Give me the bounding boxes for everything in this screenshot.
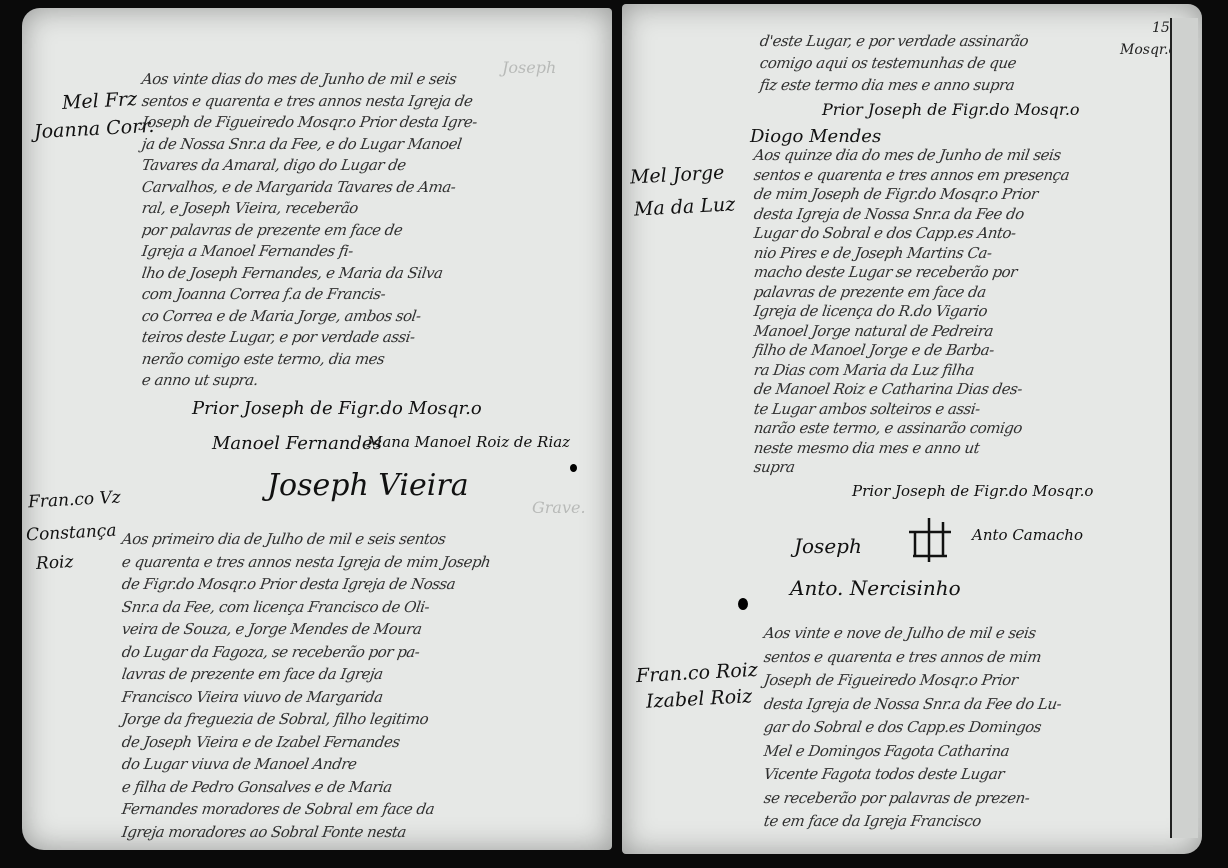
text-line: Aos primeiro dia de Julho de mil e seis …: [121, 530, 447, 548]
right-page: 15 Mosqr.o d'este Lugar, e por verdade a…: [622, 4, 1202, 854]
text-line: comigo aqui os testemunhas de que: [759, 54, 1018, 72]
text-line: te em face da Igreja Francisco: [763, 812, 982, 830]
text-line: Lugar do Sobral e dos Capp.es Anto-: [753, 224, 1017, 242]
text-line: Francisco Vieira viuvo de Margarida: [121, 688, 384, 706]
text-line: de Manoel Roiz e Catharina Dias des-: [753, 380, 1024, 398]
text-line: de Joseph Vieira e de Izabel Fernandes: [121, 733, 401, 751]
text-line: nerão comigo este termo, dia mes: [141, 350, 386, 368]
text-line: Carvalhos, e de Margarida Tavares de Ama…: [141, 178, 457, 196]
text-line: de mim Joseph de Figr.do Mosqr.o Prior: [753, 185, 1039, 203]
text-line: ra Dias com Maria da Luz filha: [753, 361, 975, 379]
margin-name: Fran.co Roiz: [636, 659, 759, 687]
margin-name: Izabel Roiz: [645, 685, 752, 713]
entry-heading: Anto. Nercisinho: [790, 576, 961, 600]
ink-blot: [738, 598, 748, 610]
text-line: desta Igreja de Nossa Snr.a da Fee do: [753, 205, 1025, 223]
text-line: co Correa e de Maria Jorge, ambos sol-: [141, 307, 422, 325]
text-line: Snr.a da Fee, com licença Francisco de O…: [121, 598, 431, 616]
signature: Manoel Fernandes: [212, 433, 382, 454]
signature: Joseph Vieira: [267, 468, 469, 503]
text-line: Joseph de Figueiredo Mosqr.o Prior desta…: [141, 113, 478, 131]
text-line: de Figr.do Mosqr.o Prior desta Igreja de…: [121, 575, 457, 593]
corner-note: Mosqr.o: [1120, 42, 1177, 58]
cross-mark-icon: [907, 516, 953, 564]
text-line: sentos e quarenta e tres annos de mim: [763, 648, 1043, 666]
text-line: Aos quinze dia do mes de Junho de mil se…: [753, 146, 1062, 164]
text-line: se receberão por palavras de prezen-: [763, 789, 1031, 807]
margin-name: Roiz: [36, 552, 74, 574]
text-line: lho de Joseph Fernandes, e Maria da Silv…: [141, 264, 444, 282]
signature: Prior Joseph de Figr.do Mosqr.o: [822, 100, 1080, 119]
signature: Diogo Mendes: [750, 126, 881, 147]
text-line: Igreja moradores ao Sobral Fonte nesta: [121, 823, 407, 841]
text-line: por palavras de prezente em face de: [141, 221, 404, 239]
margin-name: Joanna Corr.: [34, 115, 155, 143]
text-line: Aos vinte dias do mes de Junho de mil e …: [141, 70, 458, 88]
margin-name: Mel Jorge: [629, 162, 724, 189]
text-line: nio Pires e de Joseph Martins Ca-: [753, 244, 993, 262]
text-line: ja de Nossa Snr.a da Fee, e do Lugar Man…: [141, 135, 463, 153]
text-line: d'este Lugar, e por verdade assinarão: [759, 32, 1030, 50]
text-line: do Lugar viuva de Manoel Andre: [121, 755, 358, 773]
text-line: desta Igreja de Nossa Snr.a da Fee do Lu…: [763, 695, 1063, 713]
text-line: teiros deste Lugar, e por verdade assi-: [141, 328, 416, 346]
ink-blot: [570, 464, 577, 472]
text-line: com Joanna Correa f.a de Francis-: [141, 285, 387, 303]
text-line: veira de Souza, e Jorge Mendes de Moura: [121, 620, 423, 638]
bleed-through-text: Joseph: [502, 58, 556, 77]
text-line: Igreja de licença do R.do Vigario: [753, 302, 989, 320]
text-line: palavras de prezente em face da: [753, 283, 987, 301]
page-number: 15: [1152, 20, 1170, 36]
text-line: Vicente Fagota todos deste Lugar: [763, 765, 1006, 783]
text-line: ral, e Joseph Vieira, receberão: [141, 199, 359, 217]
margin-name: Mel Frz: [61, 88, 137, 114]
signature: Prior Joseph de Figr.do Mosqr.o: [192, 398, 482, 419]
signature: Prior Joseph de Figr.do Mosqr.o: [852, 482, 1093, 500]
margin-name: Constança: [26, 521, 117, 546]
text-line: supra: [753, 458, 796, 476]
text-line: Igreja a Manoel Fernandes fi-: [141, 242, 354, 260]
signature: Anto Camacho: [972, 526, 1083, 544]
margin-name: Ma da Luz: [633, 193, 735, 220]
left-page: Joseph Grave. Mel Frz Joanna Corr. Aos v…: [22, 8, 612, 850]
text-line: Fernandes moradores de Sobral em face da: [121, 800, 436, 818]
text-line: Jorge da freguezia de Sobral, filho legi…: [121, 710, 430, 728]
text-line: sentos e quarenta e tres annos nesta Igr…: [141, 92, 474, 110]
text-line: gar do Sobral e dos Capp.es Domingos: [763, 718, 1043, 736]
text-line: Tavares da Amaral, digo do Lugar de: [141, 156, 407, 174]
text-line: fiz este termo dia mes e anno supra: [759, 76, 1016, 94]
text-line: Aos vinte e nove de Julho de mil e seis: [763, 624, 1037, 642]
text-line: do Lugar da Fagoza, se receberão por pa-: [121, 643, 421, 661]
text-line: Mel e Domingos Fagota Catharina: [763, 742, 1011, 760]
text-line: neste mesmo dia mes e anno ut: [753, 439, 981, 457]
text-line: e quarenta e tres annos nesta Igreja de …: [121, 553, 492, 571]
signature: Mana Manoel Roiz de Riaz: [367, 433, 570, 451]
margin-name: Fran.co Vz: [28, 488, 122, 513]
text-line: filho de Manoel Jorge e de Barba-: [753, 341, 995, 359]
text-line: narão este termo, e assinarão comigo: [753, 419, 1024, 437]
text-line: te Lugar ambos solteiros e assi-: [753, 400, 981, 418]
signature: Joseph: [794, 534, 862, 558]
text-line: e filha de Pedro Gonsalves e de Maria: [121, 778, 393, 796]
text-line: e anno ut supra.: [141, 371, 260, 389]
bleed-through-text: Grave.: [532, 498, 586, 517]
page-edge: [1170, 18, 1198, 838]
text-line: Manoel Jorge natural de Pedreira: [753, 322, 995, 340]
text-line: macho deste Lugar se receberão por: [753, 263, 1018, 281]
text-line: sentos e quarenta e tres annos em presen…: [753, 166, 1071, 184]
text-line: lavras de prezente em face da Igreja: [121, 665, 384, 683]
text-line: Joseph de Figueiredo Mosqr.o Prior: [763, 671, 1019, 689]
